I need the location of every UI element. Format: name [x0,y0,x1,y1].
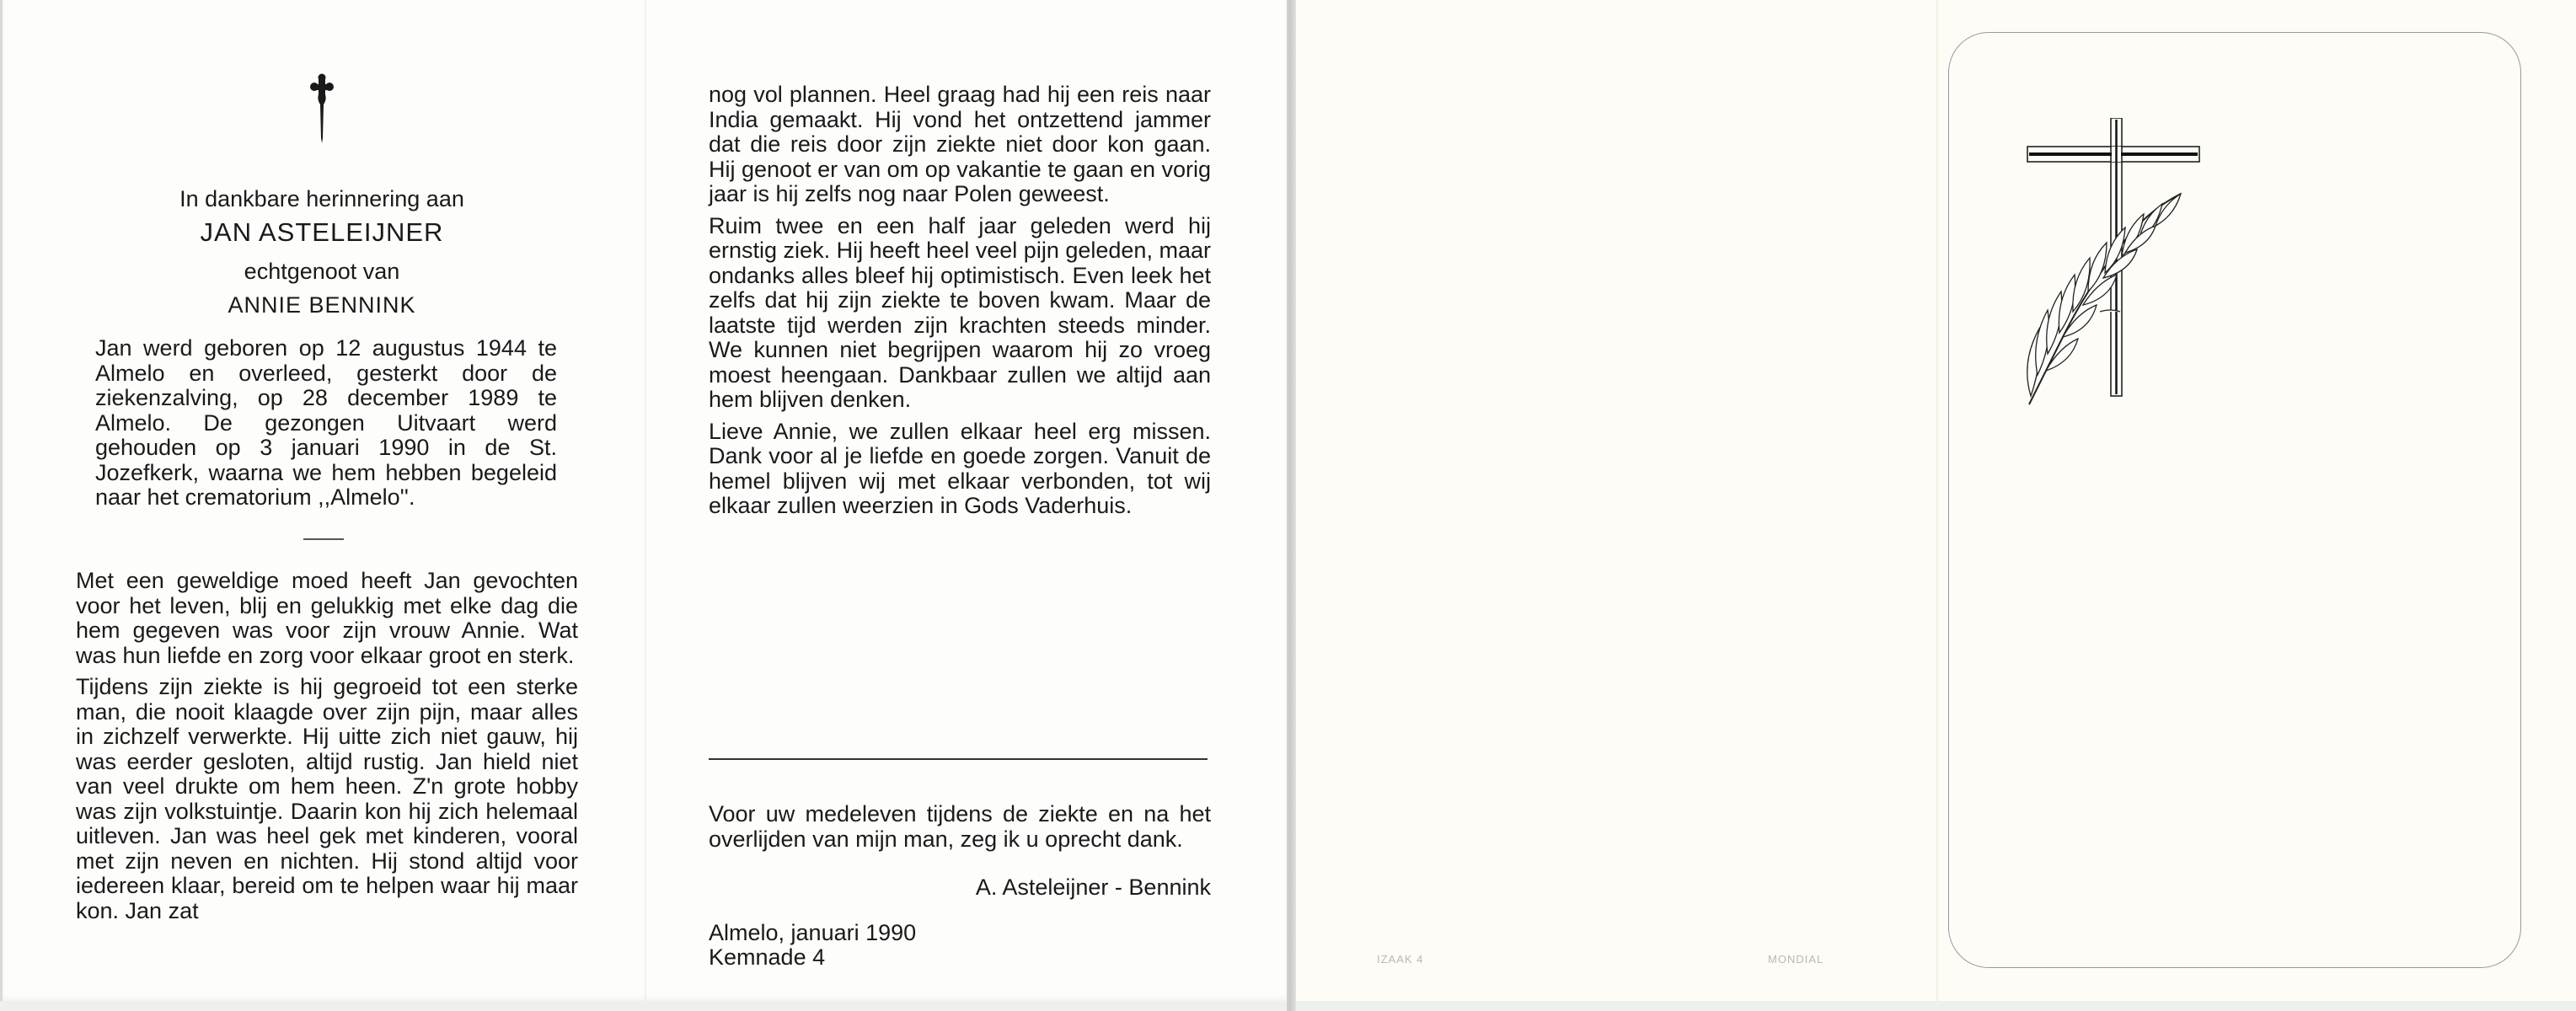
panel-back-blank: IZAAK 4 MONDIAL [1296,0,1936,1001]
story-paragraph: Tijdens zijn ziekte is hij gegroeid tot … [76,675,578,923]
signature: A. Asteleijner - Bennink [709,875,1211,900]
thanks-paragraph: Voor uw medeleven tijdens de ziekte en n… [709,802,1211,859]
story-text-part-1: Met een geweldige moed heeft Jan gevocht… [76,569,578,930]
story-paragraph: nog vol plannen. Heel graag had hij een … [709,83,1211,207]
panel-cover [1936,0,2576,1001]
cross-with-wheat-icon [2012,118,2223,421]
story-paragraph: Ruim twee en een half jaar geleden werd … [709,214,1211,413]
spouse-name: ANNIE BENNINK [84,292,560,318]
thanks-text: Voor uw medeleven tijdens de ziekte en n… [709,802,1211,852]
small-cross-icon [309,72,335,143]
story-paragraph: Met een geweldige moed heeft Jan gevocht… [76,569,578,668]
story-text-part-2: nog vol plannen. Heel graag had hij een … [709,83,1211,526]
address: Kemnade 4 [709,945,916,970]
place-date: Almelo, januari 1990 [709,921,916,945]
printer-mark: MONDIAL [1768,953,1824,966]
sheet-gap [1287,0,1296,1011]
biography-paragraph: Jan werd geboren op 12 augustus 1944 te … [95,336,557,517]
divider-long [709,758,1208,760]
intro-line: In dankbare herinnering aan [84,185,560,212]
divider-short [303,538,344,540]
bio-text: Jan werd geboren op 12 augustus 1944 te … [95,336,557,511]
story-paragraph: Lieve Annie, we zullen elkaar heel erg m… [709,420,1211,519]
panel-in-memoriam: In dankbare herinnering aan JAN ASTELEIJ… [0,0,645,1001]
printer-mark: IZAAK 4 [1377,953,1423,966]
spouse-label: echtgenoot van [84,258,560,285]
place-and-address: Almelo, januari 1990 Kemnade 4 [709,921,916,970]
deceased-name: JAN ASTELEIJNER [84,219,560,246]
panel-story-continued: nog vol plannen. Heel graag had hij een … [645,0,1287,1001]
